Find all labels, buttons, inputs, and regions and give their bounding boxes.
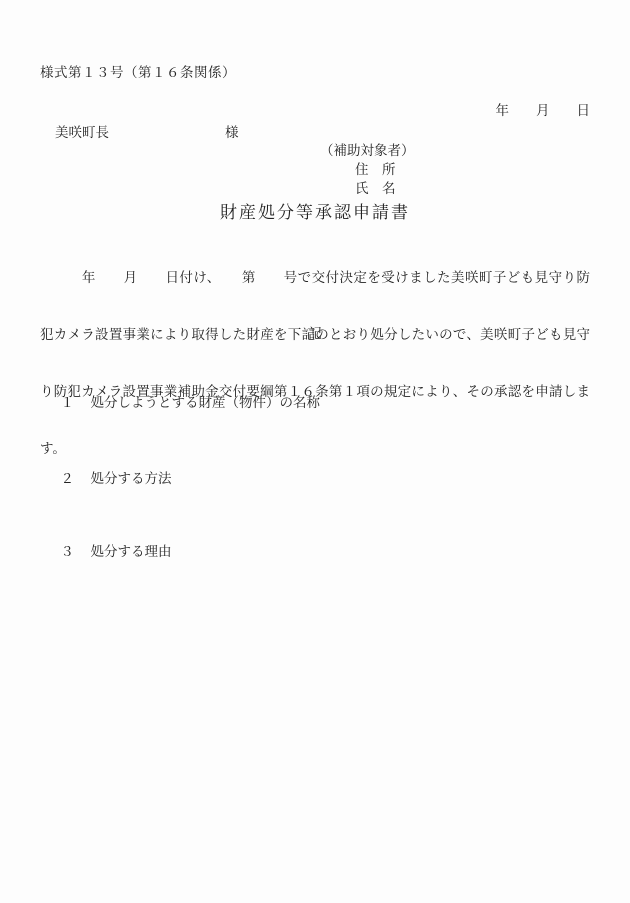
- applicant-name-label: 氏 名: [355, 177, 396, 197]
- addressee-honorific: 様: [225, 121, 239, 141]
- addressee-name: 美咲町長: [55, 121, 109, 141]
- item-3-number: ３: [61, 540, 91, 560]
- document-page: 様式第１３号（第１６条関係） 年 月 日 美咲町長 様 （補助対象者） 住 所 …: [0, 0, 630, 903]
- document-title: 財産処分等承認申請書: [0, 198, 630, 223]
- item-3-label: 処分する理由: [91, 544, 172, 559]
- item-1-label: 処分しようとする財産（物件）の名称: [91, 395, 321, 410]
- form-number: 様式第１３号（第１６条関係）: [40, 61, 236, 81]
- list-item-2: ２処分する方法: [47, 451, 172, 503]
- item-1-number: １: [61, 391, 91, 411]
- list-item-1: １処分しようとする財産（物件）の名称: [47, 375, 320, 427]
- list-item-3: ３処分する理由: [47, 524, 172, 576]
- item-2-number: ２: [61, 467, 91, 487]
- item-2-label: 処分する方法: [91, 471, 172, 486]
- applicant-address-label: 住 所: [355, 158, 396, 178]
- record-marker: 記: [0, 322, 630, 342]
- applicant-section-label: （補助対象者）: [320, 139, 415, 159]
- body-line-1: 年 月 日付け、 第 号で交付決定を受けました美咲町子ども見守り防: [40, 268, 590, 287]
- date-line: 年 月 日: [496, 99, 591, 119]
